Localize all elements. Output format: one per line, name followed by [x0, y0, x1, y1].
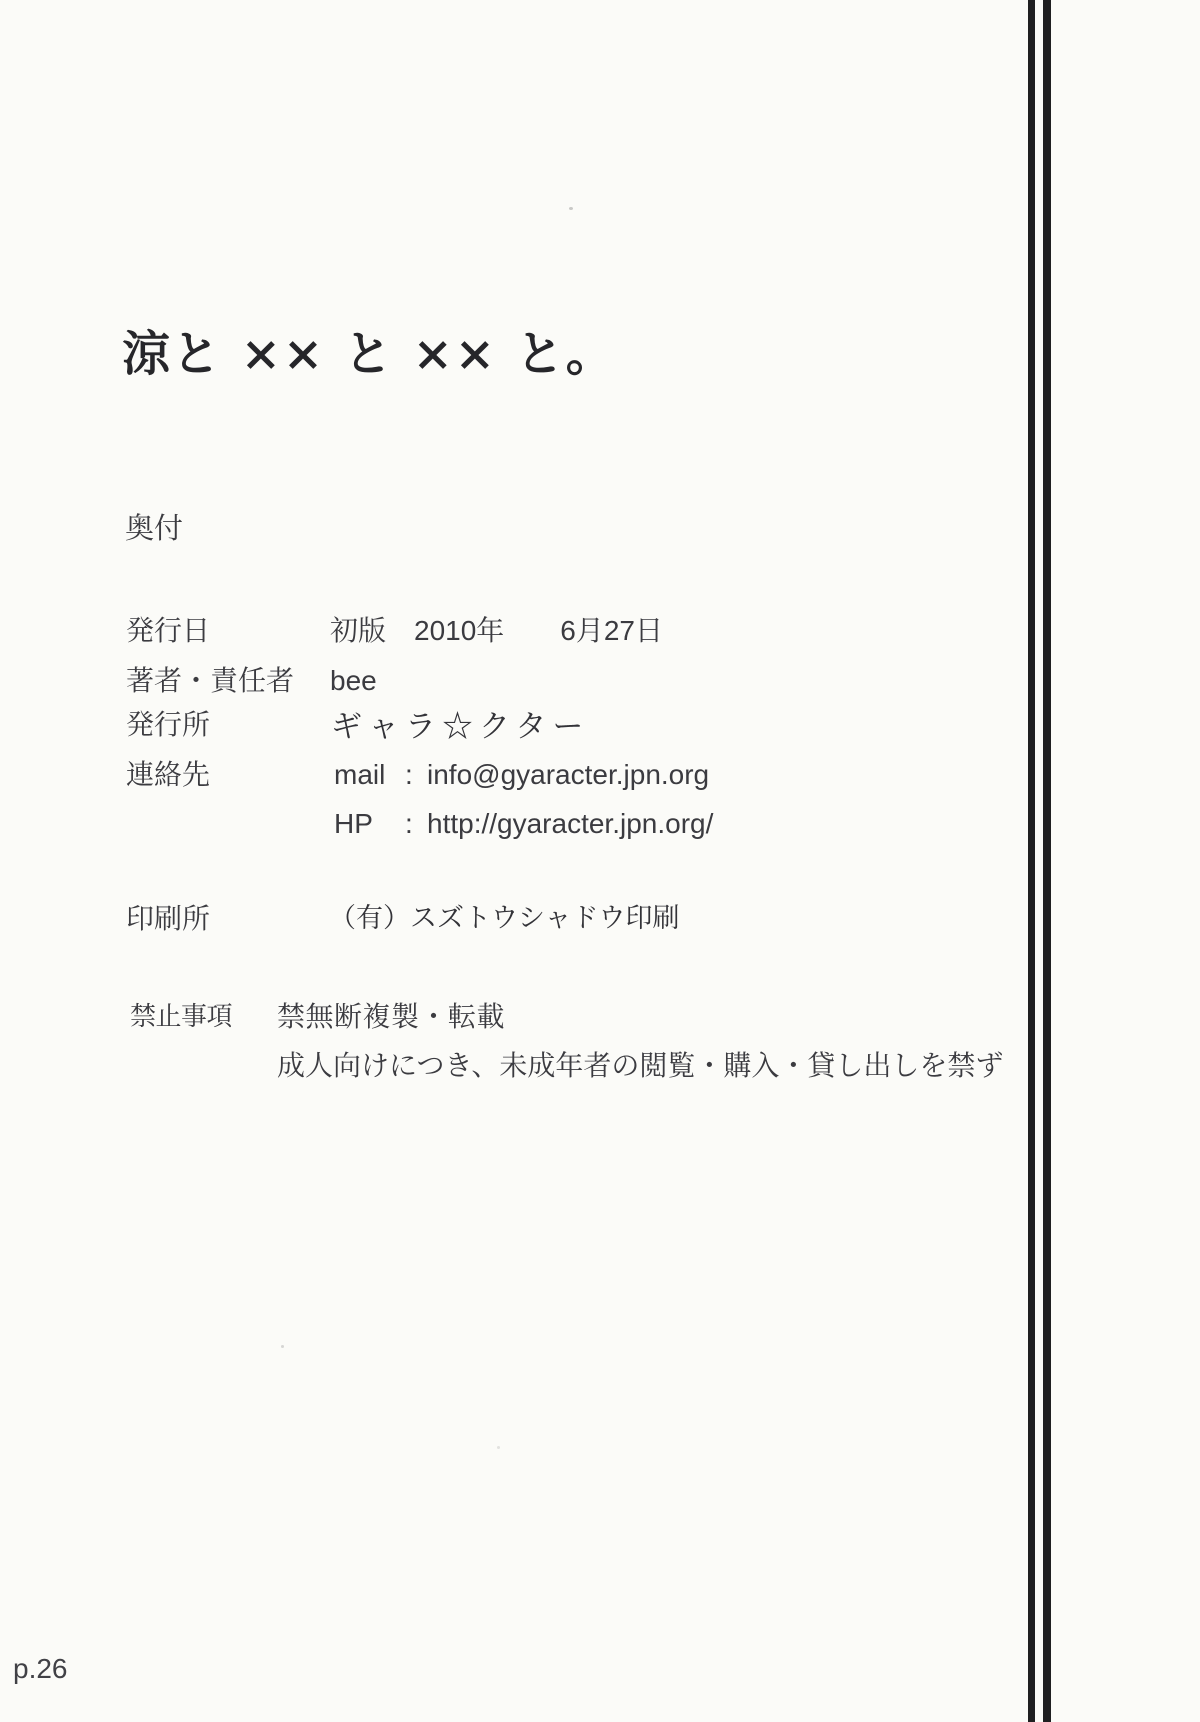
scan-speck — [281, 1345, 284, 1348]
colophon-row-contact-mail: 連絡先 mail : info@gyaracter.jpn.org — [0, 760, 1010, 800]
publication-date-label: 発行日 — [126, 616, 210, 647]
colophon-row-publisher: 発行所 ギャラ☆クター — [0, 710, 1010, 750]
colophon-row-author: 著者・責任者 bee — [0, 666, 1010, 706]
colophon-row-adult-notice: 成人向けにつき、未成年者の閲覧・購入・貸し出しを禁ず — [0, 1051, 1010, 1091]
publication-date-value: 初版 2010年 6月27日 — [330, 616, 663, 647]
page-number: p.26 — [13, 1653, 68, 1685]
colophon-heading: 奥付 — [125, 514, 183, 546]
binding-rule-inner — [1043, 0, 1051, 1722]
colophon-row-prohibitions: 禁止事項 禁無断複製・転載 — [0, 1002, 1010, 1042]
hp-key: HP — [334, 809, 373, 840]
mail-address: info@gyaracter.jpn.org — [427, 760, 709, 791]
printer-label: 印刷所 — [126, 904, 210, 935]
adult-notice-text: 成人向けにつき、未成年者の閲覧・購入・貸し出しを禁ず — [277, 1051, 1003, 1082]
colophon-row-publication-date: 発行日 初版 2010年 6月27日 — [0, 616, 1010, 656]
mail-key: mail — [334, 760, 385, 791]
colophon-row-contact-hp: HP : http://gyaracter.jpn.org/ — [0, 809, 1010, 849]
hp-separator: : — [405, 809, 413, 840]
publisher-label: 発行所 — [126, 710, 210, 741]
author-value: bee — [330, 666, 377, 697]
scan-speck — [569, 207, 573, 210]
binding-rule-outer — [1028, 0, 1035, 1722]
colophon-row-printer: 印刷所 （有）スズトウシャドウ印刷 — [0, 904, 1010, 944]
hp-url: http://gyaracter.jpn.org/ — [427, 809, 713, 840]
printer-value: （有）スズトウシャドウ印刷 — [329, 904, 679, 934]
mail-separator: : — [405, 760, 413, 791]
author-label: 著者・責任者 — [126, 666, 294, 697]
prohibitions-label: 禁止事項 — [130, 1002, 232, 1031]
book-title: 涼と ×× と ×× と。 — [122, 328, 616, 381]
prohibitions-value: 禁無断複製・転載 — [277, 1002, 505, 1033]
scan-speck — [497, 1446, 500, 1449]
contact-label: 連絡先 — [126, 760, 210, 791]
publisher-value: ギャラ☆クター — [331, 710, 589, 744]
